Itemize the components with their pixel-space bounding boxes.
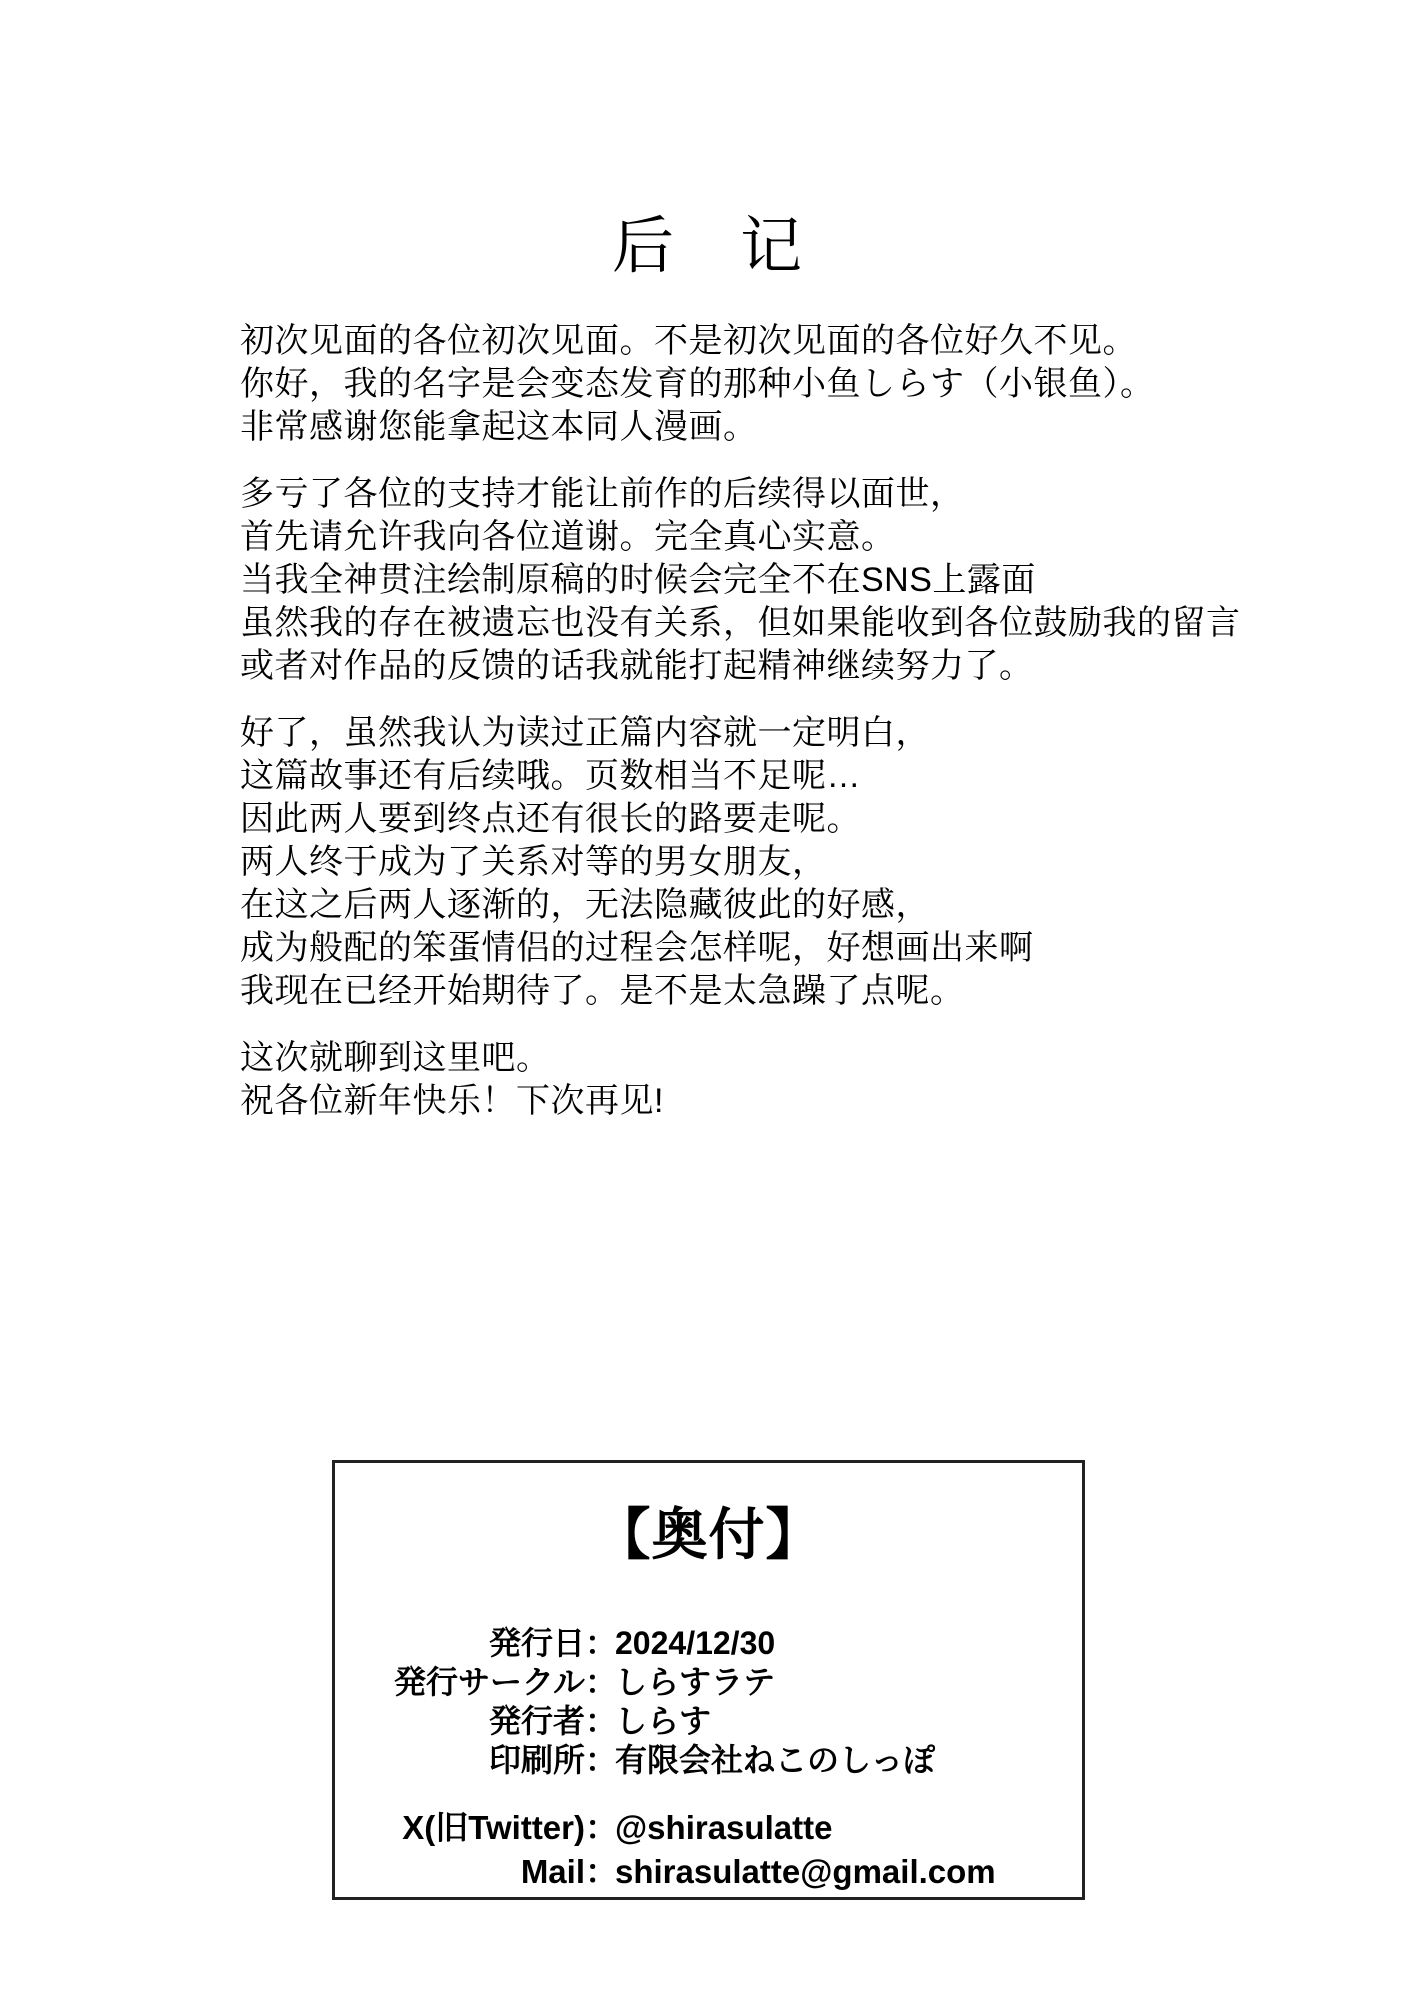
text-line: 在这之后两人逐渐的，无法隐藏彼此的好感， xyxy=(240,884,1340,927)
printer-value: 有限会社ねこのしっぽ xyxy=(615,1744,1082,1776)
separator: ： xyxy=(585,1666,615,1698)
text-line: 好了，虽然我认为读过正篇内容就一定明白， xyxy=(240,712,1340,755)
separator: ： xyxy=(585,1705,615,1737)
colophon-title: 【奥付】 xyxy=(335,1491,1082,1571)
afterword-page: 后 记 初次见面的各位初次见面。不是初次见面的各位好久不见。 你好，我的名字是会… xyxy=(0,0,1416,2000)
text-line: 这篇故事还有后续哦。页数相当不足呢… xyxy=(240,755,1340,798)
separator: ： xyxy=(585,1856,615,1888)
text-line: 虽然我的存在被遗忘也没有关系，但如果能收到各位鼓励我的留言 xyxy=(240,602,1340,645)
text-line: 成为般配的笨蛋情侣的过程会怎样呢，好想画出来啊 xyxy=(240,927,1340,970)
twitter-handle: @shirasulatte xyxy=(615,1812,1082,1844)
text-line: 因此两人要到终点还有很长的路要走呢。 xyxy=(240,798,1340,841)
publish-date-value: 2024/12/30 xyxy=(615,1627,1082,1659)
twitter-label: X(旧Twitter) xyxy=(335,1812,585,1844)
text-line: 这次就聊到这里吧。 xyxy=(240,1037,1340,1080)
printer-label: 印刷所 xyxy=(335,1744,585,1776)
text-line: 非常感谢您能拿起这本同人漫画。 xyxy=(240,406,1340,449)
page-title: 后 记 xyxy=(0,196,1416,285)
publish-date-label: 発行日 xyxy=(335,1627,585,1659)
mail-address: shirasulatte@gmail.com xyxy=(615,1856,1082,1888)
separator: ： xyxy=(585,1627,615,1659)
circle-label: 発行サークル xyxy=(335,1666,585,1698)
colophon-contact-info: X(旧Twitter) ： @shirasulatte Mail ： shira… xyxy=(335,1812,1082,1888)
paragraph-story: 好了，虽然我认为读过正篇内容就一定明白， 这篇故事还有后续哦。页数相当不足呢… … xyxy=(240,712,1340,1013)
text-line: 祝各位新年快乐！下次再见! xyxy=(240,1080,1340,1123)
text-line: 两人终于成为了关系对等的男女朋友， xyxy=(240,841,1340,884)
separator: ： xyxy=(585,1744,615,1776)
circle-value: しらすラテ xyxy=(615,1666,1082,1698)
paragraph-greeting: 初次见面的各位初次见面。不是初次见面的各位好久不见。 你好，我的名字是会变态发育… xyxy=(240,320,1340,449)
text-line: 我现在已经开始期待了。是不是太急躁了点呢。 xyxy=(240,970,1340,1013)
afterword-body: 初次见面的各位初次见面。不是初次见面的各位好久不见。 你好，我的名字是会变态发育… xyxy=(240,320,1340,1147)
paragraph-closing: 这次就聊到这里吧。 祝各位新年快乐！下次再见! xyxy=(240,1037,1340,1123)
text-line: 首先请允许我向各位道谢。完全真心实意。 xyxy=(240,516,1340,559)
separator: ： xyxy=(585,1812,615,1844)
text-line: 当我全神贯注绘制原稿的时候会完全不在SNS上露面 xyxy=(240,559,1340,602)
text-line: 多亏了各位的支持才能让前作的后续得以面世， xyxy=(240,473,1340,516)
text-line: 你好，我的名字是会变态发育的那种小鱼しらす（小银鱼）。 xyxy=(240,363,1340,406)
text-line: 初次见面的各位初次见面。不是初次见面的各位好久不见。 xyxy=(240,320,1340,363)
paragraph-thanks: 多亏了各位的支持才能让前作的后续得以面世， 首先请允许我向各位道谢。完全真心实意… xyxy=(240,473,1340,688)
text-line: 或者对作品的反馈的话我就能打起精神继续努力了。 xyxy=(240,645,1340,688)
mail-label: Mail xyxy=(335,1856,585,1888)
colophon-publication-info: 発行日 ： 2024/12/30 発行サークル ： しらすラテ 発行者 ： しら… xyxy=(335,1627,1082,1776)
colophon-box: 【奥付】 発行日 ： 2024/12/30 発行サークル ： しらすラテ 発行者… xyxy=(332,1460,1085,1900)
publisher-label: 発行者 xyxy=(335,1705,585,1737)
publisher-value: しらす xyxy=(615,1705,1082,1737)
